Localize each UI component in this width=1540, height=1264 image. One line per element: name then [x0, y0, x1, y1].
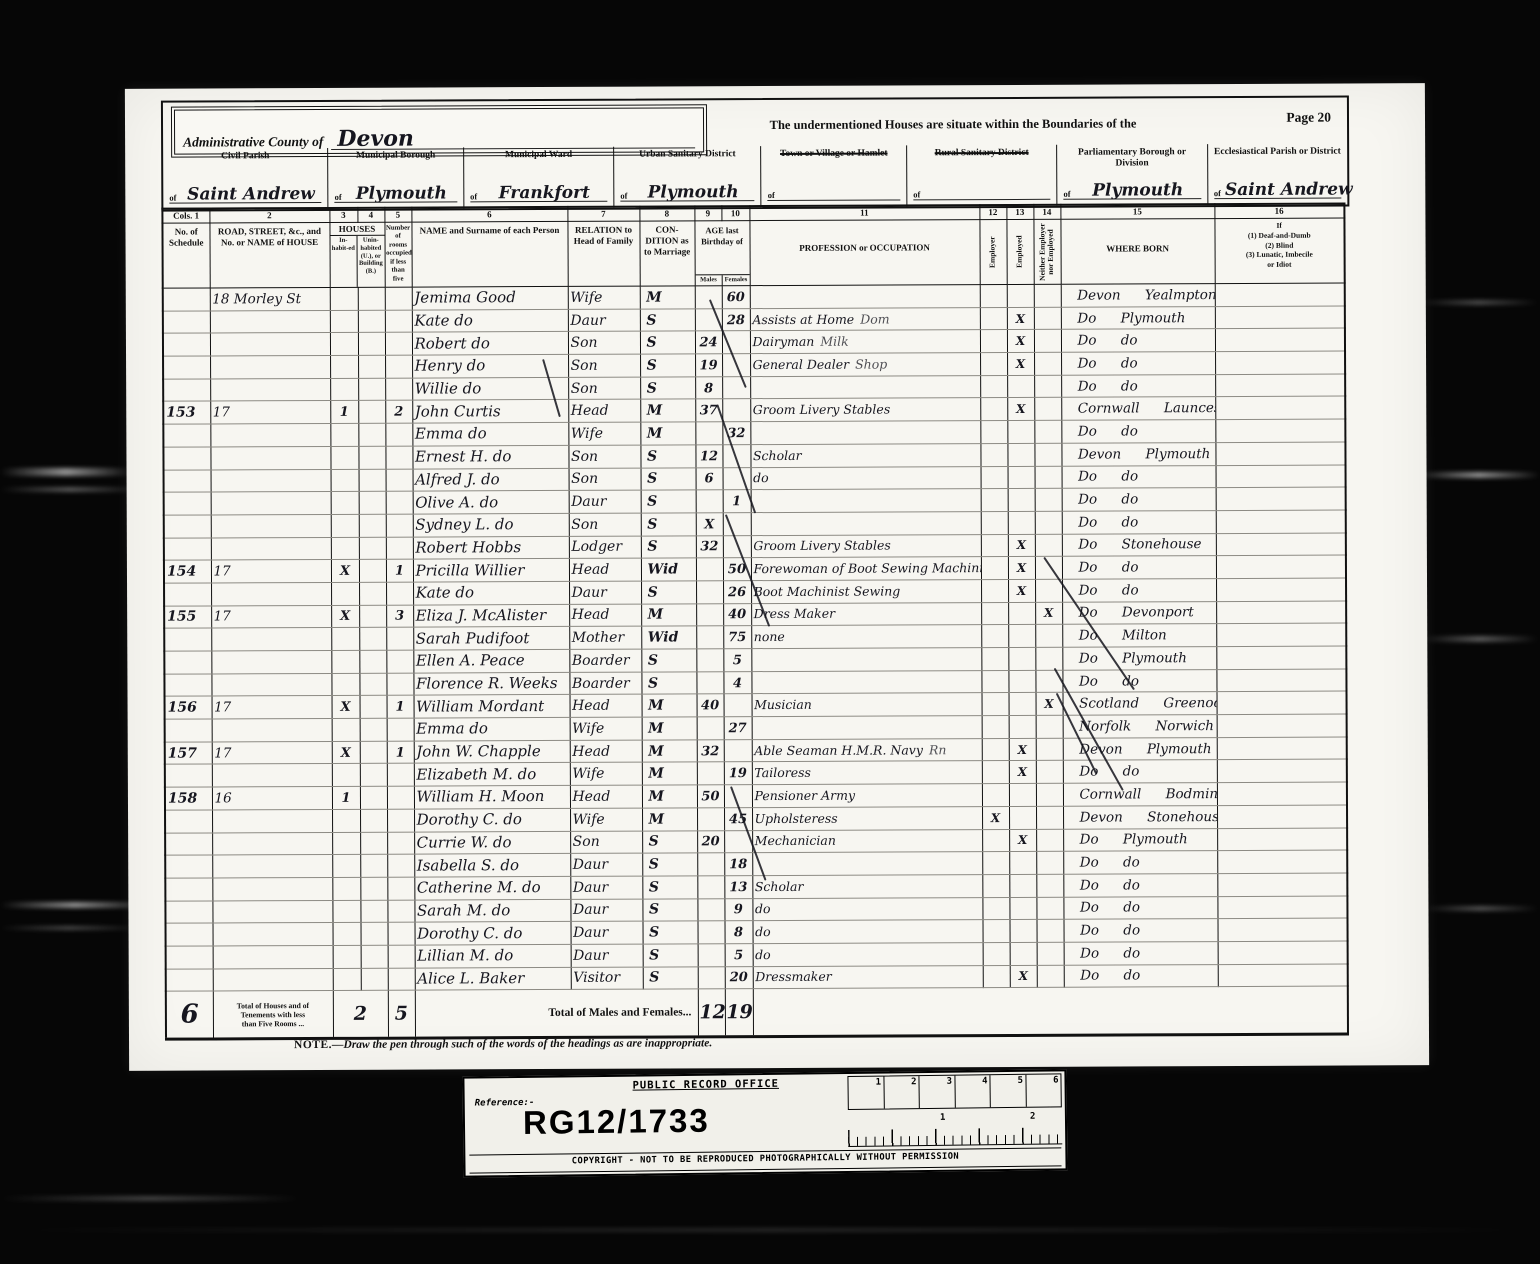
cell-infirmity [1215, 306, 1345, 329]
cell-age_f: 9 [724, 898, 752, 921]
cell-age_m [698, 944, 725, 967]
cell-employed [1007, 421, 1034, 444]
cell-employer [981, 511, 1008, 534]
cell-inhabited [332, 877, 360, 900]
cell-infirmity [1217, 759, 1347, 782]
cell-condition: S [640, 445, 695, 468]
cell-employer [980, 375, 1007, 398]
cell-name: Eliza J. McAlister [413, 604, 569, 627]
cell-employer [980, 307, 1007, 330]
cell-name: Jemima Good [412, 286, 568, 309]
cell-born: Do do [1062, 579, 1216, 602]
cell-infirmity [1216, 465, 1346, 488]
cell-neither [1036, 783, 1063, 806]
total-inhabited: 2 [333, 991, 388, 1039]
cell-address [212, 877, 332, 900]
cell-age_m [696, 581, 723, 604]
cell-uninhabited [358, 423, 385, 446]
cell-condition: M [640, 399, 695, 422]
cell-uninhabited [358, 378, 385, 401]
cell-age_f: 20 [725, 966, 753, 989]
col-num: 9 [694, 206, 721, 221]
occupation-annotation: Dom [860, 311, 889, 326]
cell-name: Emma do [414, 717, 570, 740]
cell-age_f [722, 399, 750, 422]
cell-employed [1008, 625, 1035, 648]
cell-relation: Daur [568, 309, 640, 332]
cell-occupation [751, 670, 981, 694]
cell-relation: Daur [570, 876, 642, 899]
cell-condition: S [642, 876, 697, 899]
cell-uninhabited [359, 605, 386, 628]
cell-name: Alfred J. do [413, 468, 569, 491]
cell-infirmity [1216, 646, 1346, 669]
cell-occupation: Dress Maker [751, 602, 981, 626]
cell-condition: M [640, 286, 695, 309]
cell-inhabited [331, 537, 359, 560]
cell-employed [1010, 942, 1037, 965]
cell-uninhabited [358, 401, 385, 424]
cell-name: Emma do [412, 423, 568, 446]
totals-row: 6 Total of Houses and of Tenements with … [166, 986, 1348, 1039]
cell-rooms [386, 537, 413, 560]
cell-relation: Wife [570, 763, 642, 786]
cell-schedule [163, 447, 210, 470]
district-parliamentary-borough: Parliamentary Borough or Division ofPlym… [1056, 144, 1207, 206]
cell-address [210, 378, 330, 401]
cell-rooms [388, 922, 415, 945]
cell-relation: Daur [570, 899, 642, 922]
cell-inhabited: 1 [332, 786, 360, 809]
cell-inhabited [330, 355, 358, 378]
cell-born: Do do [1063, 919, 1217, 942]
cell-address [210, 356, 330, 379]
header-employer: Employer [989, 222, 998, 282]
cell-employed: X [1007, 330, 1034, 353]
cell-born: Do do [1064, 964, 1218, 987]
cell-born: Do Devonport [1062, 601, 1216, 624]
cell-relation: Wife [570, 808, 642, 831]
page-header: Administrative County of Devon The under… [161, 96, 1349, 212]
cell-inhabited [330, 446, 358, 469]
cell-born: Devon Plymouth [1061, 442, 1215, 465]
cell-infirmity [1216, 601, 1346, 624]
cell-age_m [697, 717, 724, 740]
cell-neither [1036, 715, 1063, 738]
cell-infirmity [1215, 419, 1345, 442]
col-num: 6 [411, 207, 567, 222]
cell-schedule: 154 [164, 560, 211, 583]
cell-occupation: Able Seaman H.M.R. NavyRn [752, 738, 982, 762]
cell-rooms [387, 877, 414, 900]
cell-address [212, 719, 332, 742]
cell-employer [981, 602, 1008, 625]
cell-born: Do do [1061, 352, 1215, 375]
cell-uninhabited [361, 945, 388, 968]
cell-relation: Head [569, 604, 641, 627]
cell-rooms: 1 [387, 695, 414, 718]
cell-occupation: DairymanMilk [750, 330, 980, 354]
cell-condition: M [642, 808, 697, 831]
cell-rooms [386, 469, 413, 492]
cell-age_f: 19 [724, 762, 752, 785]
cell-address [211, 650, 331, 673]
cell-uninhabited [359, 650, 386, 673]
cell-infirmity [1217, 782, 1347, 805]
scan-streak [1420, 300, 1538, 305]
cell-name: Kate do [412, 309, 568, 332]
cell-neither [1034, 284, 1061, 307]
cell-inhabited: X [332, 741, 360, 764]
cell-age_m: 19 [695, 354, 722, 377]
cell-uninhabited [359, 491, 386, 514]
cell-relation: Son [570, 831, 642, 854]
cell-name: Alice L. Baker [415, 967, 571, 990]
cell-neither [1034, 398, 1061, 421]
cell-employed [1008, 647, 1035, 670]
cell-uninhabited [360, 764, 387, 787]
cell-employed [1008, 511, 1035, 534]
cell-age_f: 5 [725, 944, 753, 967]
col-num: 8 [639, 206, 694, 221]
cell-born: Do do [1064, 942, 1218, 965]
cell-name: John Curtis [412, 400, 568, 423]
cell-address [212, 832, 332, 855]
cell-schedule [163, 424, 210, 447]
cell-uninhabited [359, 469, 386, 492]
cell-employed: X [1008, 579, 1035, 602]
cell-age_m [698, 921, 725, 944]
cell-address [211, 537, 331, 560]
cell-address: 17 [212, 741, 332, 764]
cell-condition: M [642, 740, 697, 763]
cell-uninhabited [359, 559, 386, 582]
cell-name: Dorothy C. do [414, 808, 570, 831]
cell-uninhabited [360, 900, 387, 923]
district-municipal-borough: Municipal Borough ofPlymouth [327, 147, 463, 209]
cell-uninhabited [360, 832, 387, 855]
cell-address [211, 469, 331, 492]
cell-relation: Wife [568, 286, 640, 309]
cell-name: William H. Moon [414, 786, 570, 809]
cell-age_m [695, 286, 722, 309]
cell-condition: S [641, 672, 696, 695]
cell-occupation: Pensioner Army [752, 784, 982, 808]
col-num: 12 [979, 205, 1006, 220]
col-num: 3 [329, 208, 357, 223]
cell-schedule: 158 [165, 787, 212, 810]
cell-name: Robert do [412, 332, 568, 355]
occupation-annotation: Rn [929, 742, 947, 757]
cell-employer [982, 920, 1009, 943]
cell-occupation: Mechanician [752, 829, 982, 853]
cell-relation: Head [570, 785, 642, 808]
header-males: Males [695, 275, 722, 285]
cell-born: Do do [1062, 465, 1216, 488]
col-num: 10 [721, 206, 749, 221]
cell-infirmity [1216, 578, 1346, 601]
cell-rooms [386, 627, 413, 650]
cell-rooms [387, 832, 414, 855]
district-urban-sanitary: Urban Sanitary District ofPlymouth [613, 146, 761, 208]
pro-reference-stamp: PUBLIC RECORD OFFICE Reference:- RG12/17… [462, 1069, 1067, 1177]
cell-neither [1035, 579, 1062, 602]
cell-employed [1008, 489, 1035, 512]
scan-streak [0, 468, 132, 476]
cell-uninhabited [360, 718, 387, 741]
cell-occupation [751, 511, 981, 535]
cell-neither [1034, 330, 1061, 353]
cell-inhabited [331, 650, 359, 673]
district-rural-sanitary: Rural Sanitary District of [906, 145, 1057, 207]
cell-occupation: Assists at HomeDom [750, 307, 980, 331]
cell-schedule [165, 764, 212, 787]
cell-schedule [166, 969, 213, 992]
cell-employer [982, 738, 1009, 761]
cell-neither [1037, 965, 1064, 988]
cell-neither [1035, 625, 1062, 648]
cell-age_f: 40 [723, 603, 751, 626]
cell-employed [1009, 852, 1036, 875]
cell-employed: X [1007, 398, 1034, 421]
page-number: Page 20 [1286, 110, 1331, 126]
cell-relation: Daur [571, 944, 643, 967]
cell-employer: X [982, 806, 1009, 829]
cell-infirmity [1217, 805, 1347, 828]
cell-inhabited [331, 492, 359, 515]
cell-rooms [386, 650, 413, 673]
cell-address [212, 764, 332, 787]
cell-occupation: none [751, 625, 981, 649]
cell-infirmity [1216, 487, 1346, 510]
cell-name: Catherine M. do [414, 876, 570, 899]
cell-name: William Mordant [414, 695, 570, 718]
cell-inhabited [332, 900, 360, 923]
scale-ruler: 1 2 3 4 5 6 1 2 [847, 1073, 1062, 1148]
cell-inhabited [332, 809, 360, 832]
cell-age_m: X [696, 513, 723, 536]
cell-born: Do do [1063, 851, 1217, 874]
scan-streak [0, 487, 140, 492]
cell-address [213, 945, 333, 968]
cell-address [210, 446, 330, 469]
cell-name: Sydney L. do [413, 513, 569, 536]
cell-occupation [750, 375, 980, 399]
cell-neither: X [1035, 602, 1062, 625]
cell-schedule [163, 288, 210, 311]
cell-relation: Head [569, 558, 641, 581]
cell-employed: X [1009, 829, 1036, 852]
cell-inhabited [330, 310, 358, 333]
cell-name: Ernest H. do [412, 445, 568, 468]
cell-condition: S [640, 354, 695, 377]
cell-infirmity [1217, 691, 1347, 714]
total-schedules: 6 [166, 991, 213, 1039]
cell-schedule [165, 832, 212, 855]
col-num: 15 [1060, 204, 1214, 219]
occupation-annotation: Milk [820, 334, 848, 349]
cell-condition: S [643, 944, 698, 967]
cell-address [211, 514, 331, 537]
cell-occupation: do [751, 466, 981, 490]
cell-inhabited: 1 [330, 401, 358, 424]
cell-name: Willie do [412, 377, 568, 400]
cell-employed [1008, 602, 1035, 625]
cell-age_f [724, 694, 752, 717]
cell-born: Devon Yealmpton [1061, 284, 1215, 307]
cell-employer [981, 534, 1008, 557]
cell-condition: S [642, 830, 697, 853]
scan-streak [0, 926, 138, 930]
cell-schedule [165, 878, 212, 901]
cell-address [210, 333, 330, 356]
header-road-street: ROAD, STREET, &c., and No. or NAME of HO… [210, 223, 329, 251]
header-neither: Neither Employer nor Employed [1039, 222, 1056, 282]
cell-employer [980, 284, 1007, 307]
cell-employer [982, 716, 1009, 739]
cell-inhabited: X [331, 605, 359, 628]
cell-age_m: 8 [695, 376, 722, 399]
cell-rooms [388, 968, 415, 991]
cell-rooms: 1 [386, 559, 413, 582]
cell-uninhabited [360, 809, 387, 832]
cell-rooms [385, 332, 412, 355]
col-num: 4 [357, 208, 384, 223]
cell-employer [981, 670, 1008, 693]
cell-occupation [751, 489, 981, 513]
cell-rooms [385, 446, 412, 469]
reference-number: RG12/1733 [523, 1102, 710, 1142]
cell-name: Kate do [413, 581, 569, 604]
cell-age_f: 5 [723, 649, 751, 672]
cell-uninhabited [359, 514, 386, 537]
cell-relation: Son [568, 445, 640, 468]
header-profession: PROFESSION or OCCUPATION [750, 220, 979, 257]
cell-neither [1035, 511, 1062, 534]
cell-relation: Daur [569, 581, 641, 604]
cell-employed [1009, 897, 1036, 920]
cell-condition: Wid [641, 626, 696, 649]
cell-address [211, 492, 331, 515]
cell-name: Dorothy C. do [415, 922, 571, 945]
cell-age_m [696, 490, 723, 513]
cell-occupation: Upholsteress [752, 806, 982, 830]
cell-neither [1036, 738, 1063, 761]
cell-uninhabited [358, 287, 385, 310]
cell-condition: S [642, 898, 697, 921]
cell-schedule [166, 923, 213, 946]
cell-neither [1035, 466, 1062, 489]
cell-address [212, 900, 332, 923]
cell-age_m [697, 853, 724, 876]
cell-born: Do Milton [1062, 624, 1216, 647]
cell-uninhabited [360, 786, 387, 809]
cell-condition: M [641, 603, 696, 626]
cell-uninhabited [360, 854, 387, 877]
cell-occupation: Groom Livery Stables [750, 398, 980, 422]
cell-infirmity [1216, 510, 1346, 533]
cell-condition: S [640, 331, 695, 354]
scan-streak [1424, 906, 1538, 911]
scan-streak [1418, 472, 1540, 478]
cell-uninhabited [358, 310, 385, 333]
cell-rooms [386, 514, 413, 537]
cell-employer [981, 489, 1008, 512]
cell-infirmity [1215, 328, 1345, 351]
col-num: 7 [567, 207, 639, 222]
cell-address [210, 310, 330, 333]
cell-address: 17 [211, 560, 331, 583]
cell-schedule [165, 719, 212, 742]
cell-schedule: 155 [164, 606, 211, 629]
cell-rooms [386, 491, 413, 514]
cell-name: Sarah Pudifoot [413, 627, 569, 650]
header-schedule: No. of Schedule [163, 223, 209, 251]
cell-infirmity [1215, 442, 1345, 465]
cell-born: Do Plymouth [1062, 647, 1216, 670]
cell-relation: Mother [569, 626, 641, 649]
cell-born: Do do [1061, 420, 1215, 443]
cell-employer [981, 625, 1008, 648]
cell-age_f: 8 [725, 921, 753, 944]
cell-born: Do Plymouth [1061, 306, 1215, 329]
cell-rooms [386, 673, 413, 696]
total-houses-label: Total of Houses and of Tenements with le… [213, 991, 333, 1040]
cell-rooms [385, 355, 412, 378]
cell-relation: Son [568, 377, 640, 400]
cell-employer [980, 330, 1007, 353]
cell-age_f [722, 376, 750, 399]
inch-ruler: 1 2 [848, 1109, 1062, 1147]
cell-infirmity [1215, 374, 1345, 397]
cell-born: Scotland Greenock [1063, 692, 1217, 715]
cell-address: 17 [212, 696, 332, 719]
cell-schedule: 153 [163, 401, 210, 424]
cell-relation: Daur [571, 921, 643, 944]
cell-born: Do do [1061, 374, 1215, 397]
cell-inhabited [333, 945, 361, 968]
cell-employed: X [1007, 307, 1034, 330]
cell-employed [1007, 375, 1034, 398]
cell-age_f: 27 [724, 717, 752, 740]
cell-condition: M [642, 785, 697, 808]
total-males: 12 [698, 989, 725, 1037]
cell-schedule [165, 901, 212, 924]
cell-age_f: 13 [724, 875, 752, 898]
cell-condition: S [642, 853, 697, 876]
cell-employed [1009, 783, 1036, 806]
cell-employer [983, 942, 1010, 965]
situate-line: The undermentioned Houses are situate wi… [703, 116, 1203, 133]
cell-schedule [164, 651, 211, 674]
district-municipal-ward: Municipal Ward ofFrankfort [463, 147, 614, 209]
cell-relation: Son [568, 331, 640, 354]
cell-schedule [164, 492, 211, 515]
cell-inhabited [330, 287, 358, 310]
cell-occupation: Groom Livery Stables [751, 534, 981, 558]
cell-name: Ellen A. Peace [413, 649, 569, 672]
cell-neither [1037, 942, 1064, 965]
cell-address: 17 [210, 401, 330, 424]
cell-schedule [164, 538, 211, 561]
cell-age_m [696, 671, 723, 694]
total-females: 19 [725, 989, 753, 1037]
cell-age_f [724, 739, 752, 762]
header-name: NAME and Surname of each Person [412, 222, 567, 239]
district-town-village: Town or Village or Hamlet of [761, 145, 907, 207]
cell-rooms [387, 718, 414, 741]
cell-age_m [697, 898, 724, 921]
